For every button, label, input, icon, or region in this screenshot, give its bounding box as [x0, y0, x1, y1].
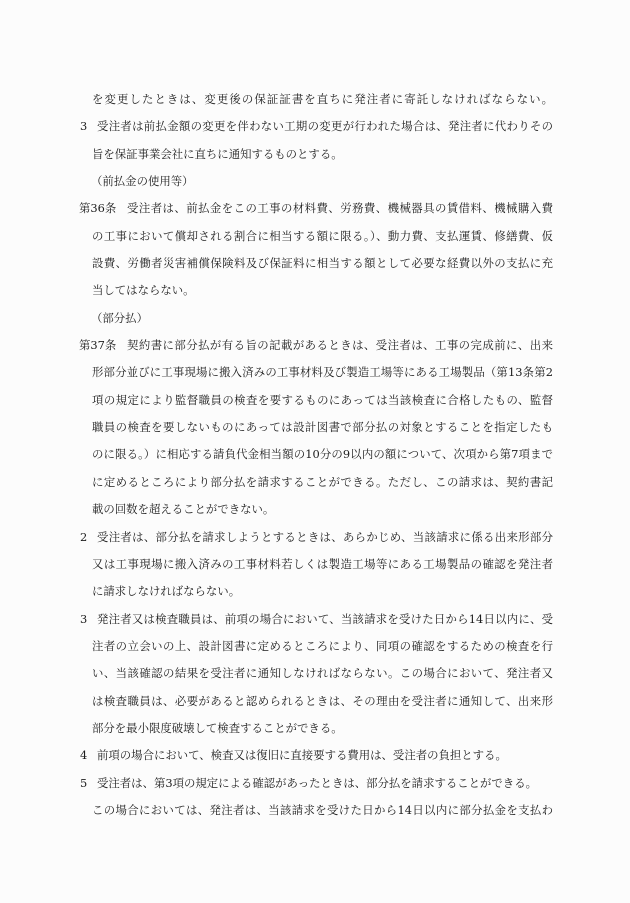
- article-caption: （前払金の使用等）: [79, 168, 553, 195]
- article-first-line: 第37条 契約書に部分払が有る旨の記載があるときは、受注者は、工事の完成前に、出…: [79, 332, 553, 359]
- paragraph-first-line: 2 受注者は、部分払を請求しようとするときは、あらかじめ、当該請求に係る出来形部…: [79, 524, 553, 551]
- line-text: 形部分並びに工事現場に搬入済みの工事材料及び製造工場等にある工場製品（第13条第…: [92, 359, 553, 386]
- line-text: 受注者は前払金額の変更を伴わない工期の変更が行われた場合は、発注者に代わりその: [97, 113, 553, 140]
- text-line: に請求しなければならない。: [79, 578, 553, 605]
- line-text: この場合においては、発注者は、当該請求を受けた日から14日以内に部分払金を支払わ: [92, 797, 553, 824]
- article-caption: （部分払）: [79, 305, 553, 332]
- text-line: い、当該確認の結果を受注者に通知しなければならない。この場合において、発注者又: [79, 660, 553, 687]
- article-first-line: 第36条 受注者は、前払金をこの工事の材料費、労務費、機械器具の賃借料、機械購入…: [79, 195, 553, 222]
- text-line: に定めるところにより部分払を請求することができる。ただし、この請求は、契約書記: [79, 469, 553, 496]
- text-line: 設費、労働者災害補償保険料及び保証料に相当する額として必要な経費以外の支払に充: [79, 250, 553, 277]
- line-text: を変更したときは、変更後の保証証書を直ちに発注者に寄託しなければならない。: [92, 86, 553, 113]
- article-label: 第37条: [79, 332, 127, 359]
- paragraph-number: 5: [79, 770, 97, 797]
- article-label: 第36条: [79, 195, 127, 222]
- line-text: 設費、労働者災害補償保険料及び保証料に相当する額として必要な経費以外の支払に充: [92, 250, 553, 277]
- paragraph-first-line: 4 前項の場合において、検査又は復旧に直接要する費用は、受注者の負担とする。: [79, 742, 553, 769]
- text-line: 旨を保証事業会社に直ちに通知するものとする。: [79, 141, 553, 168]
- text-line: の工事において償却される割合に相当する額に限る。）、動力費、支払運賃、修繕費、仮: [79, 223, 553, 250]
- line-text: 前項の場合において、検査又は復旧に直接要する費用は、受注者の負担とする。: [97, 742, 553, 769]
- line-text: に定めるところにより部分払を請求することができる。ただし、この請求は、契約書記: [92, 469, 553, 496]
- line-text: 部分を最小限度破壊して検査することができる。: [92, 715, 553, 742]
- line-text: 載の回数を超えることができない。: [92, 496, 553, 523]
- text-line: は検査職員は、必要があると認められるときは、その理由を受注者に通知して、出来形: [79, 688, 553, 715]
- caption-text: （部分払）: [91, 305, 553, 332]
- line-text: 受注者は、前払金をこの工事の材料費、労務費、機械器具の賃借料、機械購入費（こ: [127, 195, 553, 222]
- line-text: に請求しなければならない。: [92, 578, 553, 605]
- paragraph-number: 4: [79, 742, 97, 769]
- text-line: 部分を最小限度破壊して検査することができる。: [79, 715, 553, 742]
- line-text: 当してはならない。: [92, 277, 553, 304]
- text-line: 又は工事現場に搬入済みの工事材料若しくは製造工場等にある工場製品の確認を発注者: [79, 551, 553, 578]
- document-page: を変更したときは、変更後の保証証書を直ちに発注者に寄託しなければならない。 3 …: [79, 86, 553, 824]
- text-line: 載の回数を超えることができない。: [79, 496, 553, 523]
- line-text: は検査職員は、必要があると認められるときは、その理由を受注者に通知して、出来形: [92, 688, 553, 715]
- line-text: 受注者は、部分払を請求しようとするときは、あらかじめ、当該請求に係る出来形部分: [97, 524, 553, 551]
- text-line: のに限る。）に相応する請負代金相当額の10分の9以内の額について、次項から第7項…: [79, 441, 553, 468]
- line-text: 契約書に部分払が有る旨の記載があるときは、受注者は、工事の完成前に、出来: [127, 332, 553, 359]
- paragraph-first-line: 3 受注者は前払金額の変更を伴わない工期の変更が行われた場合は、発注者に代わりそ…: [79, 113, 553, 140]
- caption-text: （前払金の使用等）: [91, 168, 553, 195]
- text-line: 形部分並びに工事現場に搬入済みの工事材料及び製造工場等にある工場製品（第13条第…: [79, 359, 553, 386]
- line-text: のに限る。）に相応する請負代金相当額の10分の9以内の額について、次項から第7項…: [92, 441, 553, 468]
- line-text: 項の規定により監督職員の検査を要するものにあっては当該検査に合格したもの、監督: [92, 387, 553, 414]
- line-text: 職員の検査を要しないものにあっては設計図書で部分払の対象とすることを指定したも: [92, 414, 553, 441]
- paragraph-number: 2: [79, 524, 97, 551]
- text-line: 職員の検査を要しないものにあっては設計図書で部分払の対象とすることを指定したも: [79, 414, 553, 441]
- line-text: 又は工事現場に搬入済みの工事材料若しくは製造工場等にある工場製品の確認を発注者: [92, 551, 553, 578]
- text-line: 注者の立会いの上、設計図書に定めるところにより、同項の確認をするための検査を行: [79, 633, 553, 660]
- line-text: 注者の立会いの上、設計図書に定めるところにより、同項の確認をするための検査を行: [92, 633, 553, 660]
- line-text: 旨を保証事業会社に直ちに通知するものとする。: [92, 141, 553, 168]
- line-text: い、当該確認の結果を受注者に通知しなければならない。この場合において、発注者又: [92, 660, 553, 687]
- text-line: を変更したときは、変更後の保証証書を直ちに発注者に寄託しなければならない。: [79, 86, 553, 113]
- text-line: 当してはならない。: [79, 277, 553, 304]
- paragraph-first-line: 5 受注者は、第3項の規定による確認があったときは、部分払を請求することができる…: [79, 770, 553, 797]
- line-text: の工事において償却される割合に相当する額に限る。）、動力費、支払運賃、修繕費、仮: [92, 223, 553, 250]
- paragraph-number: 3: [79, 606, 97, 633]
- line-text: 発注者又は検査職員は、前項の場合において、当該請求を受けた日から14日以内に、受: [97, 606, 553, 633]
- text-line: 項の規定により監督職員の検査を要するものにあっては当該検査に合格したもの、監督: [79, 387, 553, 414]
- paragraph-number: 3: [79, 113, 97, 140]
- line-text: 受注者は、第3項の規定による確認があったときは、部分払を請求することができる。: [97, 770, 553, 797]
- paragraph-first-line: 3 発注者又は検査職員は、前項の場合において、当該請求を受けた日から14日以内に…: [79, 606, 553, 633]
- text-line: この場合においては、発注者は、当該請求を受けた日から14日以内に部分払金を支払わ: [79, 797, 553, 824]
